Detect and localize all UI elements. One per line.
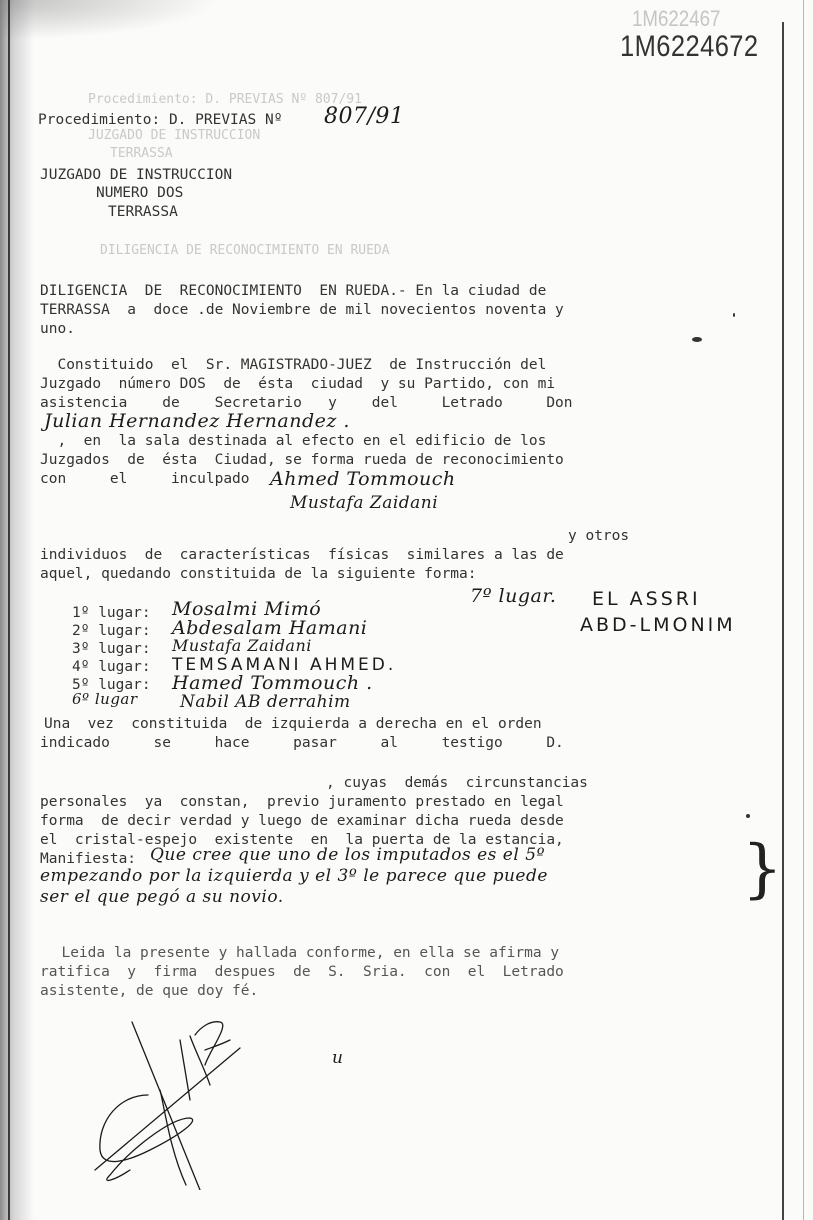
accused-name-1: Ahmed Tommouch	[270, 468, 456, 490]
page-margin-rule-right	[782, 22, 784, 1220]
initial-mark: u	[332, 1048, 343, 1068]
testigo-line-3: forma de decir verdad y luego de examina…	[40, 813, 564, 829]
lineup-name-7-line-1: EL ASSRI	[592, 588, 701, 610]
constituido-line-5: Juzgados de ésta Ciudad, se forma rueda …	[40, 452, 564, 468]
rueda-line-1: Una vez constituida de izquierda a derec…	[44, 716, 542, 732]
otros-line-3: aquel, quedando constituida de la siguie…	[40, 566, 477, 582]
ghost-title: DILIGENCIA DE RECONOCIMIENTO EN RUEDA	[100, 243, 390, 258]
diligencia-line-3: uno.	[40, 321, 75, 337]
lineup-name-5: Hamed Tommouch .	[172, 672, 373, 694]
diligencia-line-1: DILIGENCIA DE RECONOCIMIENTO EN RUEDA.- …	[40, 283, 546, 299]
testigo-line-1: , cuyas demás circunstancias	[326, 775, 588, 791]
document-number: 1M6224672	[620, 30, 759, 64]
procedimiento-number: 807/91	[324, 104, 404, 129]
accused-name-2: Mustafa Zaidani	[290, 493, 438, 513]
statement-brace: }	[742, 832, 783, 906]
lineup-label-7: 7º lugar.	[470, 585, 556, 607]
rueda-line-2: indicado se hace pasar al testigo D.	[40, 735, 564, 751]
lineup-label-2: 2º lugar:	[72, 623, 151, 639]
lineup-name-3: Mustafa Zaidani	[172, 636, 312, 655]
lineup-label-3: 3º lugar:	[72, 641, 151, 657]
closing-line-1: Leida la presente y hallada conforme, en…	[44, 945, 559, 961]
scan-speck	[692, 337, 702, 342]
lawyer-name-handwritten: Julian Hernandez Hernandez .	[44, 410, 350, 432]
ghost-court: JUZGADO DE INSTRUCCION	[88, 128, 260, 143]
page-edge-rule	[803, 0, 804, 1220]
statement-line-2: empezando por la izquierda y el 3º le pa…	[40, 866, 548, 886]
otros-line-2: individuos de características físicas si…	[40, 547, 564, 563]
lineup-name-7-line-2: ABD-LMONIM	[580, 614, 736, 636]
lineup-label-6: 6º lugar	[72, 690, 138, 708]
scan-speck	[746, 814, 750, 818]
statement-line-3: ser el que pegó a su novio.	[40, 887, 284, 907]
lineup-name-6: Nabil AB derrahim	[180, 692, 351, 712]
signature-scribble	[90, 1010, 290, 1190]
page-margin-rule-left	[8, 0, 10, 1220]
court-city: TERRASSA	[108, 204, 178, 220]
constituido-line-2: Juzgado número DOS de ésta ciudad y su P…	[40, 376, 555, 392]
constituido-line-3: asistencia de Secretario y del Letrado D…	[40, 395, 573, 411]
scan-shadow-top	[0, 0, 220, 40]
constituido-line-1: Constituido el Sr. MAGISTRADO-JUEZ de In…	[40, 357, 546, 373]
lineup-label-4: 4º lugar:	[72, 659, 151, 675]
procedimiento-label: Procedimiento: D. PREVIAS Nº	[38, 112, 282, 128]
constituido-line-4: , en la sala destinada al efecto en el e…	[40, 433, 546, 449]
closing-line-2: ratifica y firma despues de S. Sria. con…	[40, 964, 564, 980]
closing-line-3: asistente, de que doy fé.	[40, 983, 258, 999]
scan-shadow-left	[0, 0, 34, 1220]
lineup-label-1: 1º lugar:	[72, 605, 151, 621]
court-name: JUZGADO DE INSTRUCCION	[40, 167, 232, 183]
constituido-line-6: con el inculpado	[40, 471, 250, 487]
testigo-line-2: personales ya constan, previo juramento …	[40, 794, 564, 810]
scan-speck	[733, 313, 735, 317]
diligencia-line-2: TERRASSA a doce .de Noviembre de mil nov…	[40, 302, 564, 318]
document-number-ghost: 1M622467	[632, 6, 720, 32]
ghost-header: Procedimiento: D. PREVIAS Nº 807/91	[88, 92, 362, 107]
statement-line-1: Que cree que uno de los imputados es el …	[150, 845, 545, 865]
court-number: NUMERO DOS	[96, 185, 183, 201]
ghost-city: TERRASSA	[110, 146, 173, 161]
manifiesta-label: Manifiesta:	[40, 851, 136, 867]
otros-line-1: y otros	[568, 528, 629, 544]
